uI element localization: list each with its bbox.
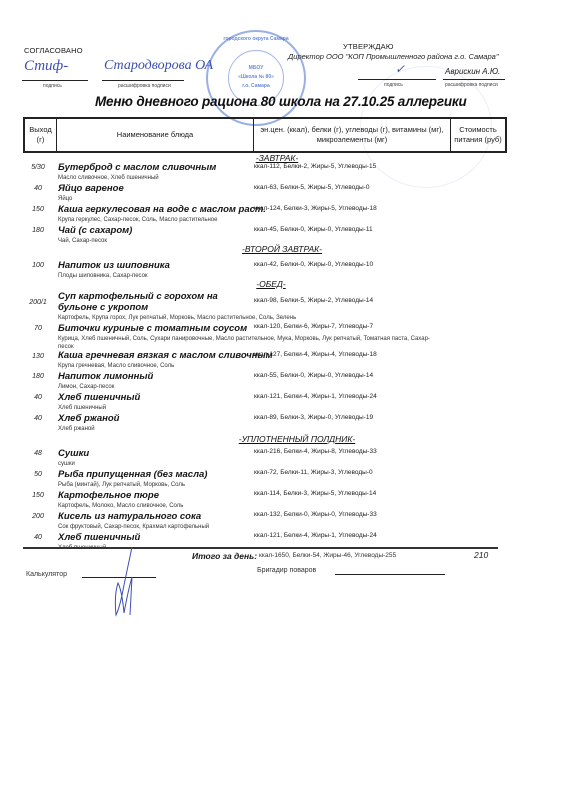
item-weight: 150 <box>23 206 53 213</box>
item-name: Каша гречневая вязкая с маслом сливочным <box>58 350 278 361</box>
item-weight: 130 <box>23 353 53 360</box>
chef-signature-line <box>335 574 445 575</box>
item-name: Суп картофельный с горохом на бульоне с … <box>58 291 253 313</box>
item-ingredients: Хлеб пшеничный <box>58 404 438 412</box>
left-decode-signature: Стародворова ОА <box>104 58 213 74</box>
item-ingredients: Картофель, Крупа горох, Лук репчатый, Мо… <box>58 314 438 322</box>
item-weight: 40 <box>23 415 53 422</box>
section-second-breakfast: -ВТОРОЙ ЗАВТРАК- <box>242 244 322 254</box>
item-name: Хлеб пшеничный <box>58 532 258 543</box>
item-ingredients: Яйцо <box>58 195 438 203</box>
item-nutrition: ккал-114, Белки-3, Жиры-5, Углеводы-14 <box>254 490 376 497</box>
item-nutrition: ккал-124, Белки-3, Жиры-5, Углеводы-18 <box>254 205 377 212</box>
stamp-ring-text: городского округа Самара <box>208 36 304 42</box>
left-signature-line <box>22 80 88 81</box>
item-name: Чай (с сахаром) <box>58 225 258 236</box>
item-weight: 5/30 <box>23 164 53 171</box>
stamp-line-3: г.о. Самара <box>208 83 304 89</box>
total-divider <box>23 547 498 549</box>
item-weight: 200/1 <box>23 299 53 306</box>
item-weight: 70 <box>23 325 53 332</box>
item-ingredients: Рыба (минтай), Лук репчатый, Морковь, Со… <box>58 481 438 489</box>
item-name: Напиток лимонный <box>58 371 258 382</box>
item-ingredients: Сок фруктовый, Сахар-песок, Крахмал карт… <box>58 523 438 531</box>
item-name: Бутерброд с маслом сливочным <box>58 162 258 173</box>
right-decode-name: Аврискин А.Ю. <box>445 67 500 76</box>
approval-right-position: Директор ООО "КОП Промышленного района г… <box>288 52 498 61</box>
right-decode-line <box>443 79 505 80</box>
item-name: Хлеб ржаной <box>58 413 258 424</box>
right-signature: ✓ <box>395 62 405 77</box>
approval-left-label: СОГЛАСОВАНО <box>24 46 83 55</box>
calculator-signature <box>110 545 140 617</box>
right-signature-caption: подпись <box>384 82 403 88</box>
right-signature-line <box>358 79 436 80</box>
section-lunch: -ОБЕД- <box>256 279 285 289</box>
chef-label: Бригадир поваров <box>257 567 316 574</box>
total-cost: 210 <box>474 550 488 560</box>
item-nutrition: ккал-121, Белки-4, Жиры-1, Углеводы-24 <box>254 393 377 400</box>
item-name: Каша геркулесовая на воде с маслом раст. <box>58 204 278 215</box>
calculator-label: Калькулятор <box>26 571 67 578</box>
item-weight: 40 <box>23 394 53 401</box>
item-nutrition: ккал-216, Белки-4, Жиры-8, Углеводы-33 <box>254 448 377 455</box>
approval-right-label: УТВЕРЖДАЮ <box>343 42 394 51</box>
item-nutrition: ккал-63, Белки-5, Жиры-5, Углеводы-0 <box>254 184 369 191</box>
item-nutrition: ккал-89, Белки-3, Жиры-0, Углеводы-19 <box>254 414 373 421</box>
left-decode-caption: расшифровка подписи <box>118 83 171 89</box>
item-weight: 150 <box>23 492 53 499</box>
item-ingredients: сушки <box>58 460 438 468</box>
header-dish-name: Наименование блюда <box>57 118 254 152</box>
item-weight: 40 <box>23 185 53 192</box>
stamp-line-2: «Школа № 80» <box>208 74 304 80</box>
item-nutrition: ккал-127, Белки-4, Жиры-4, Углеводы-18 <box>254 351 377 358</box>
header-cost: Стоимость питания (руб) <box>451 118 507 152</box>
item-nutrition: ккал-72, Белки-11, Жиры-3, Углеводы-0 <box>254 469 373 476</box>
item-nutrition: ккал-112, Белки-2, Жиры-5, Углеводы-15 <box>254 163 376 170</box>
school-stamp: городского округа Самара МБОУ «Школа № 8… <box>206 30 306 126</box>
item-name: Биточки куриные с томатным соусом <box>58 323 268 334</box>
header-nutrition: эн.цен. (ккал), белки (г), углеводы (г),… <box>254 118 451 152</box>
total-nutrition: ккал-1650, Белки-54, Жиры-46, Углеводы-2… <box>259 552 396 559</box>
item-name: Хлеб пшеничный <box>58 392 258 403</box>
left-signature-caption: подпись <box>43 83 62 89</box>
item-nutrition: ккал-120, Белки-6, Жиры-7, Углеводы-7 <box>254 323 373 330</box>
item-name: Кисель из натурального сока <box>58 511 258 522</box>
page-title: Меню дневного рациона 80 школа на 27.10.… <box>95 94 467 109</box>
item-name: Картофельное пюре <box>58 490 258 501</box>
item-weight: 180 <box>23 373 53 380</box>
item-nutrition: ккал-42, Белки-0, Жиры-0, Углеводы-10 <box>254 261 373 268</box>
left-signature: Стиф- <box>24 58 68 75</box>
item-ingredients: Масло сливочное, Хлеб пшеничный <box>58 174 438 182</box>
item-ingredients: Лимон, Сахар-песок <box>58 383 438 391</box>
item-ingredients: Курица, Хлеб пшеничный, Соль, Сухари пан… <box>58 335 443 351</box>
item-nutrition: ккал-132, Белки-0, Жиры-0, Углеводы-33 <box>254 511 377 518</box>
item-ingredients: Крупа геркулес, Сахар-песок, Соль, Масло… <box>58 216 438 224</box>
header-weight: Выход (г) <box>24 118 57 152</box>
right-decode-caption: расшифровка подписи <box>445 82 498 88</box>
item-weight: 180 <box>23 227 53 234</box>
item-ingredients: Крупа гречневая, Масло сливочное, Соль <box>58 362 438 370</box>
left-decode-line <box>102 80 184 81</box>
item-nutrition: ккал-45, Белки-0, Жиры-0, Углеводы-11 <box>254 226 373 233</box>
item-nutrition: ккал-121, Белки-4, Жиры-1, Углеводы-24 <box>254 532 377 539</box>
item-weight: 40 <box>23 534 53 541</box>
item-ingredients: Хлеб ржаной <box>58 425 438 433</box>
item-nutrition: ккал-55, Белки-0, Жиры-0, Углеводы-14 <box>254 372 373 379</box>
item-name: Яйцо вареное <box>58 183 258 194</box>
item-name: Напиток из шиповника <box>58 260 258 271</box>
item-nutrition: ккал-98, Белки-5, Жиры-2, Углеводы-14 <box>254 297 373 304</box>
item-weight: 50 <box>23 471 53 478</box>
stamp-line-1: МБОУ <box>208 65 304 71</box>
menu-table-header: Выход (г) Наименование блюда эн.цен. (кк… <box>23 117 507 153</box>
total-label: Итого за день: <box>192 551 257 561</box>
section-afternoon-snack: -УПЛОТНЕННЫЙ ПОЛДНИК- <box>239 434 355 444</box>
item-weight: 200 <box>23 513 53 520</box>
item-name: Сушки <box>58 448 258 459</box>
item-name: Рыба припущенная (без масла) <box>58 469 258 480</box>
section-breakfast: -ЗАВТРАК- <box>256 153 299 163</box>
item-weight: 100 <box>23 262 53 269</box>
item-ingredients: Плоды шиповника, Сахар-песок <box>58 272 438 280</box>
item-weight: 48 <box>23 450 53 457</box>
item-ingredients: Картофель, Молоко, Масло сливочное, Соль <box>58 502 438 510</box>
